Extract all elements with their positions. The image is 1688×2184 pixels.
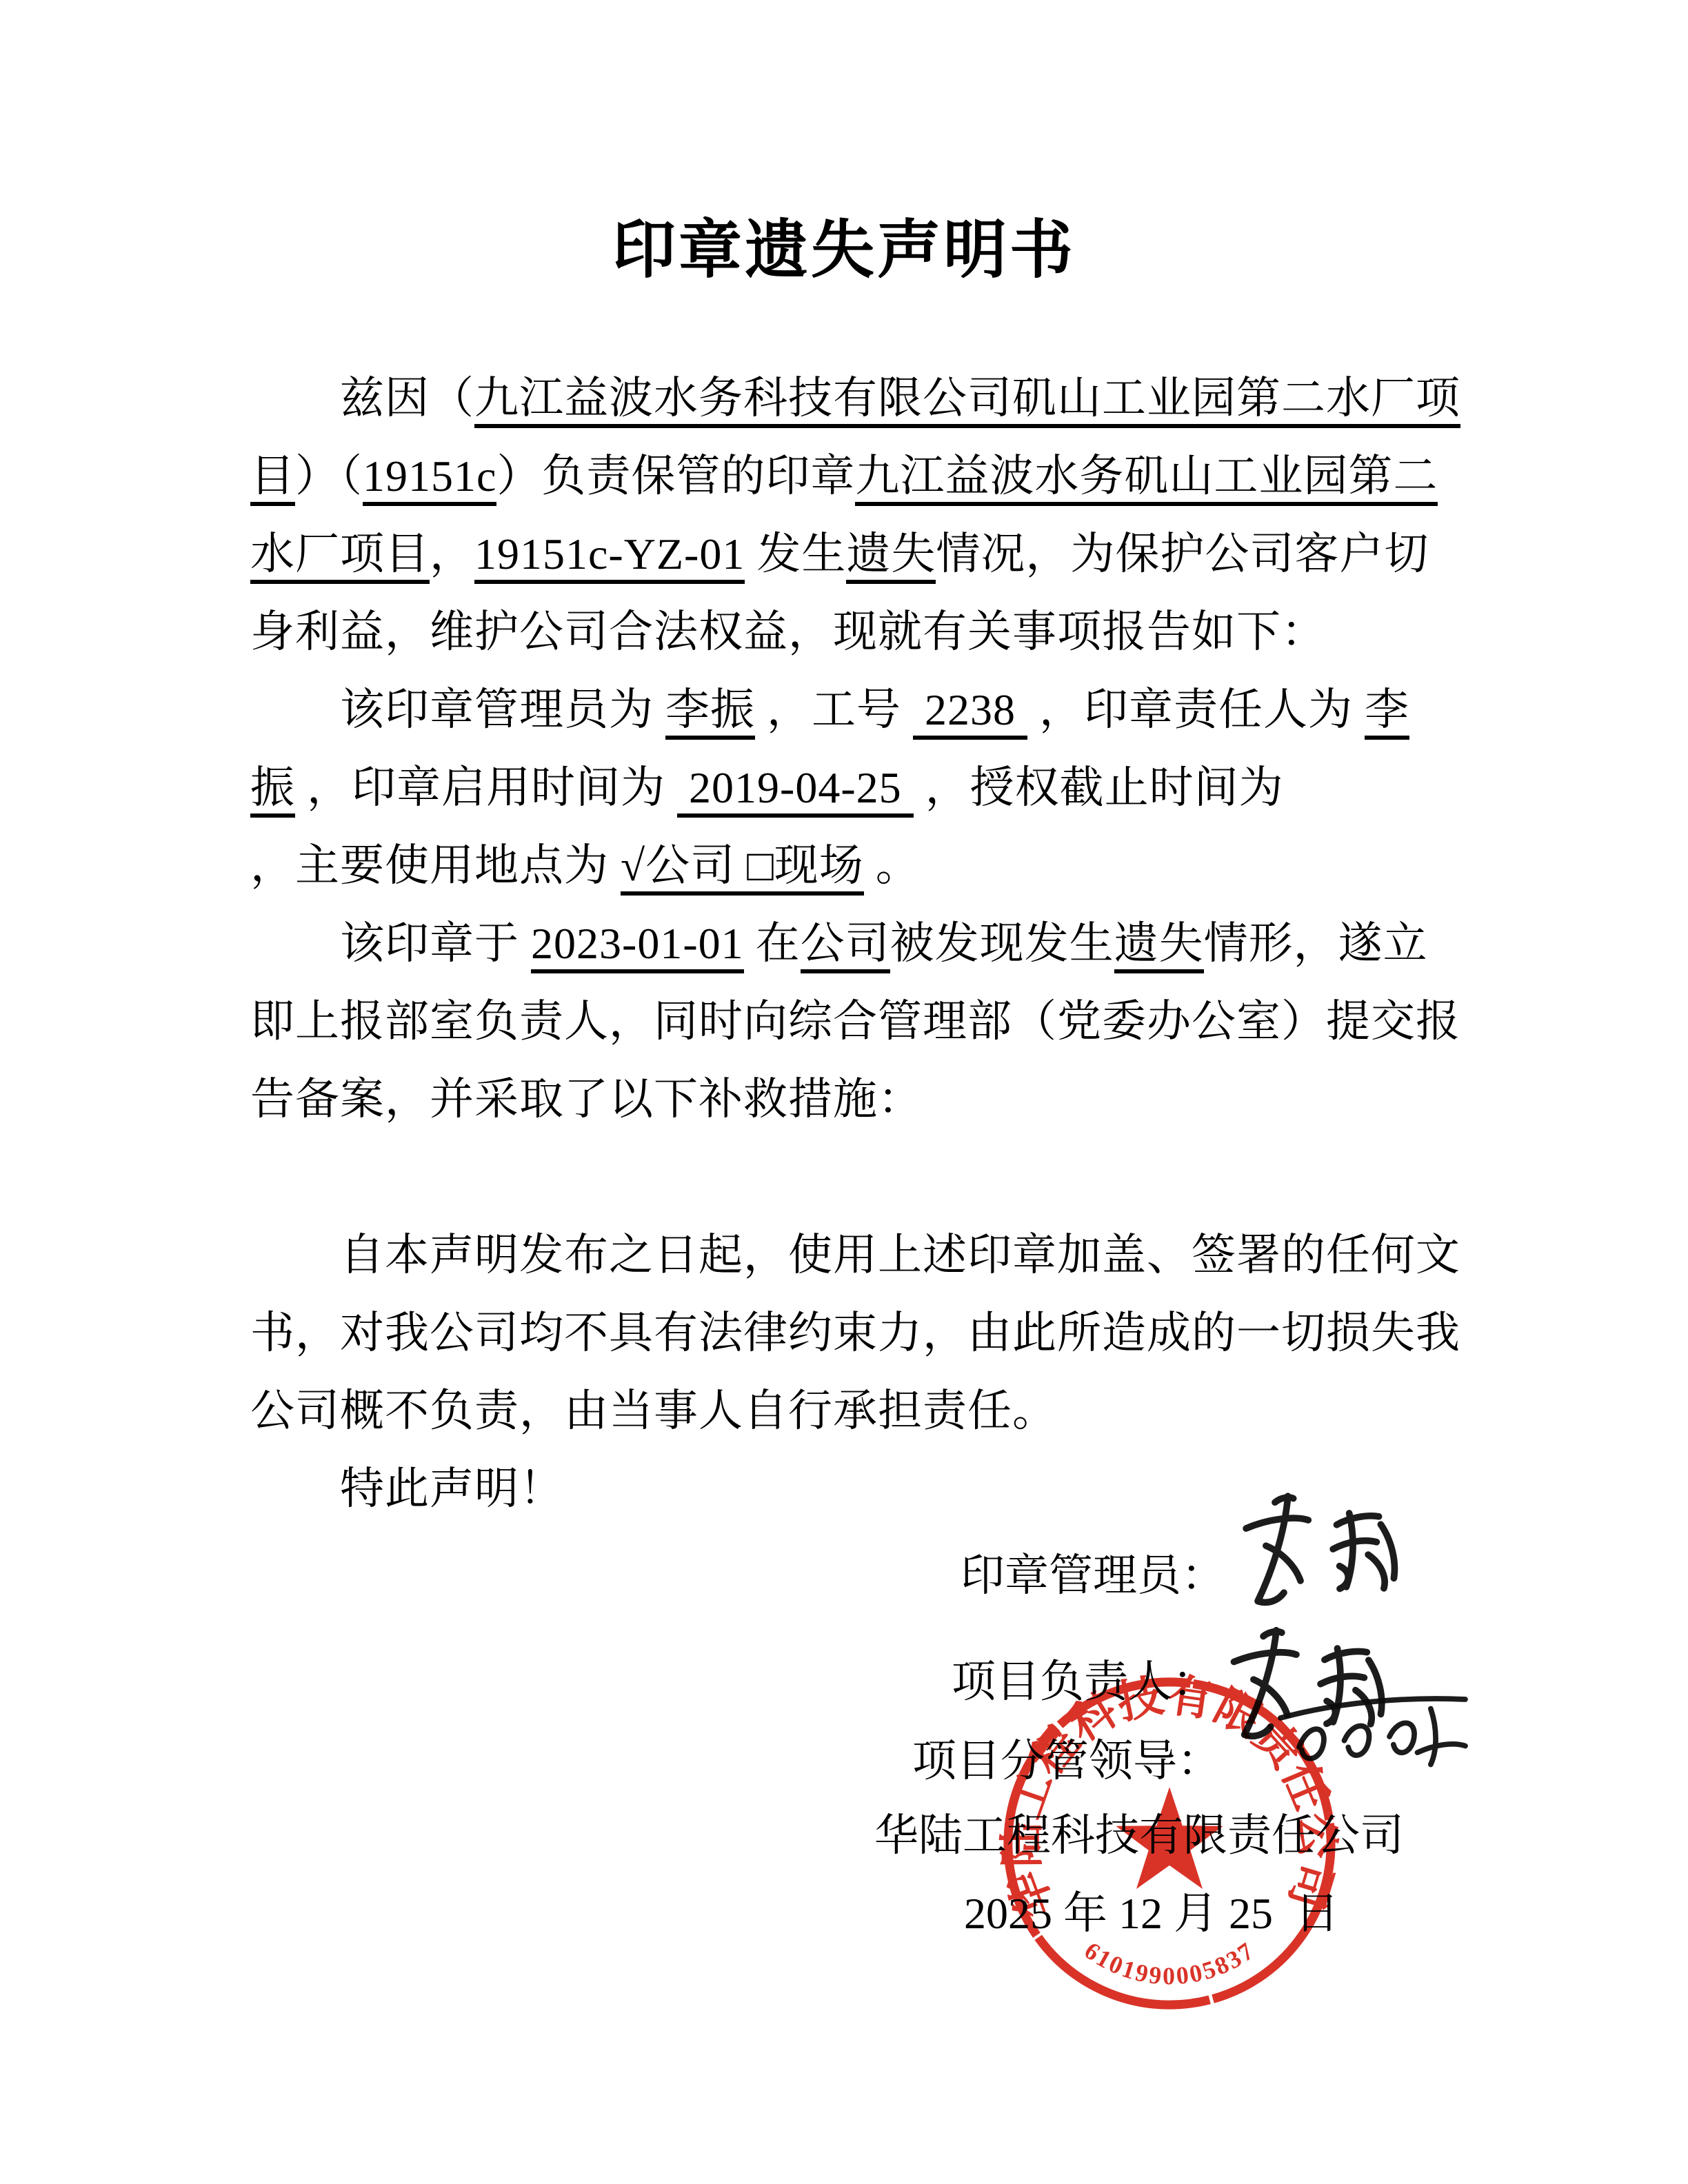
body-line: 告备案，并采取了以下补救措施： — [250, 1060, 1485, 1138]
company-seal-stamp: 华陆工程科技有限责任公司 6101990005837 — [984, 1658, 1355, 2029]
underlined-field: 李 — [1365, 685, 1409, 740]
body-line: 兹因（九江益波水务科技有限公司矶山工业园第二水厂项 — [250, 359, 1485, 437]
body-text: 在 — [744, 919, 801, 968]
underlined-field: 遗失 — [1114, 919, 1204, 973]
seal-keeper-signature — [1222, 1475, 1430, 1613]
body-text: ，印章责任人为 — [1027, 685, 1365, 734]
body-text: 身利益，维护公司合法权益，现就有关事项报告如下： — [250, 607, 1326, 656]
body-text: 告备案，并采取了以下补救措施： — [250, 1075, 923, 1124]
declaration-page: 印章遗失声明书 兹因（九江益波水务科技有限公司矶山工业园第二水厂项目）（1915… — [0, 0, 1688, 2184]
body-line: 自本声明发布之日起，使用上述印章加盖、签署的任何文 — [250, 1216, 1485, 1294]
underlined-field: 19151c-YZ-01 — [474, 529, 745, 584]
body-line: 该印章管理员为 李振 ，工号 2238 ，印章责任人为 李 — [250, 671, 1485, 749]
body-text: 即上报部室负责人，同时向综合管理部（党委办公室）提交报 — [250, 997, 1460, 1046]
body-text: ，授权截止时间为 — [914, 763, 1284, 812]
body-text: 情况，为保护公司客户切 — [936, 529, 1429, 578]
body-line: ，主要使用地点为 √公司 □现场 。 — [250, 827, 1485, 904]
body-text: 该印章于 — [340, 919, 531, 968]
body-text: ）（ — [295, 452, 363, 501]
seal-serial-number: 6101990005837 — [1079, 1936, 1260, 1990]
document-body: 兹因（九江益波水务科技有限公司矶山工业园第二水厂项目）（19151c）负责保管的… — [250, 359, 1485, 1528]
seal-keeper-label: 印章管理员： — [961, 1552, 1225, 1600]
body-line: 公司概不负责，由当事人自行承担责任。 — [250, 1372, 1485, 1450]
body-line: 身利益，维护公司合法权益，现就有关事项报告如下： — [250, 593, 1485, 671]
body-text: 书，对我公司均不具有法律约束力，由此所造成的一切损失我 — [250, 1308, 1460, 1357]
body-line: 振 ，印章启用时间为 2019-04-25 ，授权截止时间为 — [250, 749, 1485, 827]
body-text: 。 — [864, 841, 921, 890]
body-line: 目）（19151c）负责保管的印章九江益波水务矶山工业园第二 — [250, 437, 1485, 515]
body-line: 水厂项目，19151c-YZ-01 发生遗失情况，为保护公司客户切 — [250, 515, 1485, 593]
body-text: 自本声明发布之日起，使用上述印章加盖、签署的任何文 — [340, 1231, 1460, 1280]
underlined-field: 2019-04-25 — [677, 763, 914, 818]
underlined-field: 九江益波水务科技有限公司矶山工业园第二水厂项 — [474, 374, 1460, 428]
body-text: 情形，遂立 — [1204, 919, 1428, 968]
body-text: ，主要使用地点为 — [250, 841, 621, 890]
underlined-field: 水厂项目 — [250, 529, 430, 584]
seal-star-icon — [1116, 1787, 1223, 1889]
body-text: 该印章管理员为 — [340, 685, 665, 734]
body-line: 即上报部室负责人，同时向综合管理部（党委办公室）提交报 — [250, 982, 1485, 1060]
body-text: 兹因（ — [340, 374, 474, 423]
underlined-field: 振 — [250, 763, 295, 818]
body-line: 该印章于 2023-01-01 在公司被发现发生遗失情形，遂立 — [250, 904, 1485, 982]
underlined-field: 李振 — [665, 685, 755, 740]
body-line — [250, 1138, 1485, 1216]
underlined-field: 九江益波水务矶山工业园第二 — [855, 452, 1438, 506]
body-text: ，工号 — [755, 685, 913, 734]
body-text: ， — [430, 529, 474, 578]
body-text: 被发现发生 — [890, 919, 1114, 968]
underlined-field: 遗失 — [846, 529, 936, 584]
page-title: 印章遗失声明书 — [0, 205, 1688, 295]
body-text: ，印章启用时间为 — [295, 763, 677, 812]
underlined-field: 19151c — [363, 452, 496, 506]
underlined-field: √公司 □现场 — [621, 841, 864, 896]
body-text: 公司概不负责，由当事人自行承担责任。 — [250, 1386, 1057, 1435]
underlined-field: 公司 — [801, 919, 890, 973]
underlined-field: 2023-01-01 — [531, 919, 744, 973]
body-text: 特此声明！ — [340, 1464, 564, 1513]
body-text: ）负责保管的印章 — [496, 452, 855, 501]
underlined-field: 目 — [250, 452, 295, 506]
body-text: 发生 — [745, 529, 846, 578]
underlined-field: 2238 — [913, 685, 1027, 740]
body-line: 书，对我公司均不具有法律约束力，由此所造成的一切损失我 — [250, 1294, 1485, 1372]
